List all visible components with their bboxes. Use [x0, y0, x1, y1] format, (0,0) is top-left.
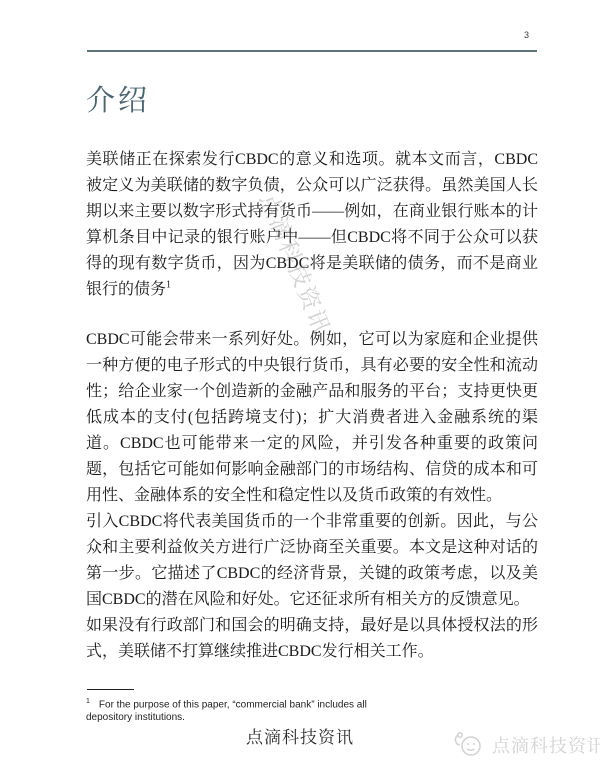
footnote-marker: 1: [86, 698, 90, 705]
page-number: 3: [524, 30, 529, 40]
document-page: 3 介绍 点滴科技资讯 美联储正在探索发行CBDC的意义和选项。就本文而言，CB…: [0, 0, 600, 777]
corner-watermark: 点滴科技资讯: [451, 731, 600, 759]
footnote-separator: [87, 689, 134, 690]
paragraph: 引入CBDC将代表美国货币的一个非常重要的创新。因此，与公众和主要利益攸关方进行…: [86, 509, 538, 613]
paragraph: CBDC可能会带来一系列好处。例如，它可以为家庭和企业提供一种方便的电子形式的中…: [86, 327, 538, 509]
paragraph: 美联储正在探索发行CBDC的意义和选项。就本文而言，CBDC被定义为美联储的数字…: [86, 147, 538, 303]
header-rule: [87, 50, 537, 52]
footnote: 1For the purpose of this paper, “commerc…: [86, 695, 398, 724]
paragraph-text: 美联储正在探索发行CBDC的意义和选项。就本文而言，CBDC被定义为美联储的数字…: [86, 151, 538, 298]
section-heading: 介绍: [86, 78, 150, 119]
footnote-text: For the purpose of this paper, “commerci…: [86, 699, 367, 723]
brand-logo-icon: [451, 731, 487, 759]
paragraph: 如果没有行政部门和国会的明确支持，最好是以具体授权法的形式，美联储不打算继续推进…: [86, 613, 538, 665]
corner-watermark-text: 点滴科技资讯: [492, 732, 600, 758]
footnote-reference: 1: [166, 280, 171, 291]
body-content: 美联储正在探索发行CBDC的意义和选项。就本文而言，CBDC被定义为美联储的数字…: [86, 147, 538, 665]
